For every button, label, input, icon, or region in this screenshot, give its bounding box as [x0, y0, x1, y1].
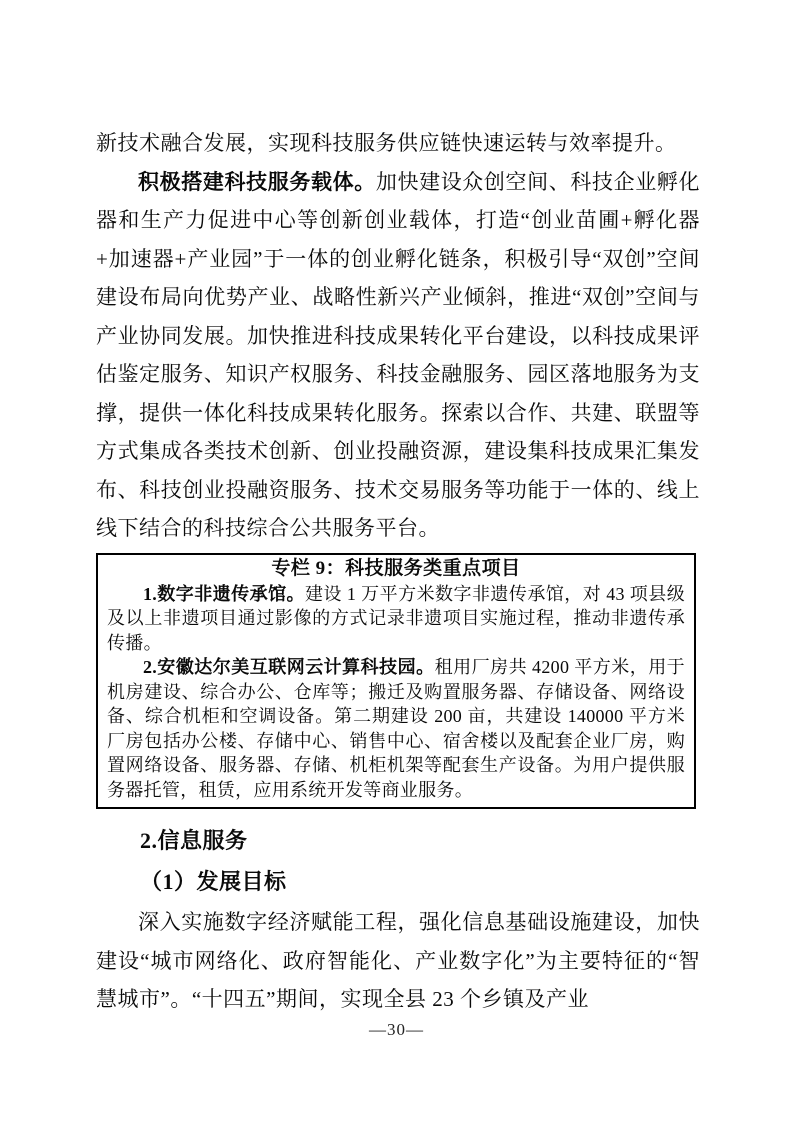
paragraph-tech-service-platform: 积极搭建科技服务载体。加快建设众创空间、科技企业孵化器和生产力促进中心等创新创业…: [96, 163, 700, 548]
subsection-heading-development-goal: （1）发展目标: [96, 861, 700, 903]
box-item-2-lead: 2.安徽达尔美互联网云计算科技园。: [143, 657, 435, 677]
document-page: 新技术融合发展，实现科技服务供应链快速运转与效率提升。 积极搭建科技服务载体。加…: [0, 0, 793, 1122]
box-item-2-body: 租用厂房共 4200 平方米，用于机房建设、综合办公、仓库等；搬迁及购置服务器、…: [107, 657, 685, 800]
paragraph-digital-economy: 深入实施数字经济赋能工程，强化信息基础设施建设，加快建设“城市网络化、政府智能化…: [96, 903, 700, 1019]
key-projects-box: 专栏 9：科技服务类重点项目 1.数字非遗传承馆。建设 1 万平方米数字非遗传承…: [96, 553, 696, 810]
document-content: 新技术融合发展，实现科技服务供应链快速运转与效率提升。 积极搭建科技服务载体。加…: [96, 124, 700, 1019]
box-item-1-lead: 1.数字非遗传承馆。: [143, 584, 305, 604]
section-heading-information-service: 2.信息服务: [96, 821, 700, 861]
paragraph-continuation-tail: 新技术融合发展，实现科技服务供应链快速运转与效率提升。: [96, 124, 700, 163]
page-number: —30—: [0, 1020, 793, 1040]
paragraph-bold-lead: 积极搭建科技服务载体。: [138, 170, 376, 194]
box-item-digital-heritage: 1.数字非遗传承馆。建设 1 万平方米数字非遗传承馆，对 43 项县级及以上非遗…: [107, 582, 685, 656]
key-projects-box-title: 专栏 9：科技服务类重点项目: [107, 556, 685, 582]
box-item-cloud-computing-park: 2.安徽达尔美互联网云计算科技园。租用厂房共 4200 平方米，用于机房建设、综…: [107, 655, 685, 802]
paragraph-body-text: 加快建设众创空间、科技企业孵化器和生产力促进中心等创新创业载体，打造“创业苗圃+…: [96, 170, 700, 541]
